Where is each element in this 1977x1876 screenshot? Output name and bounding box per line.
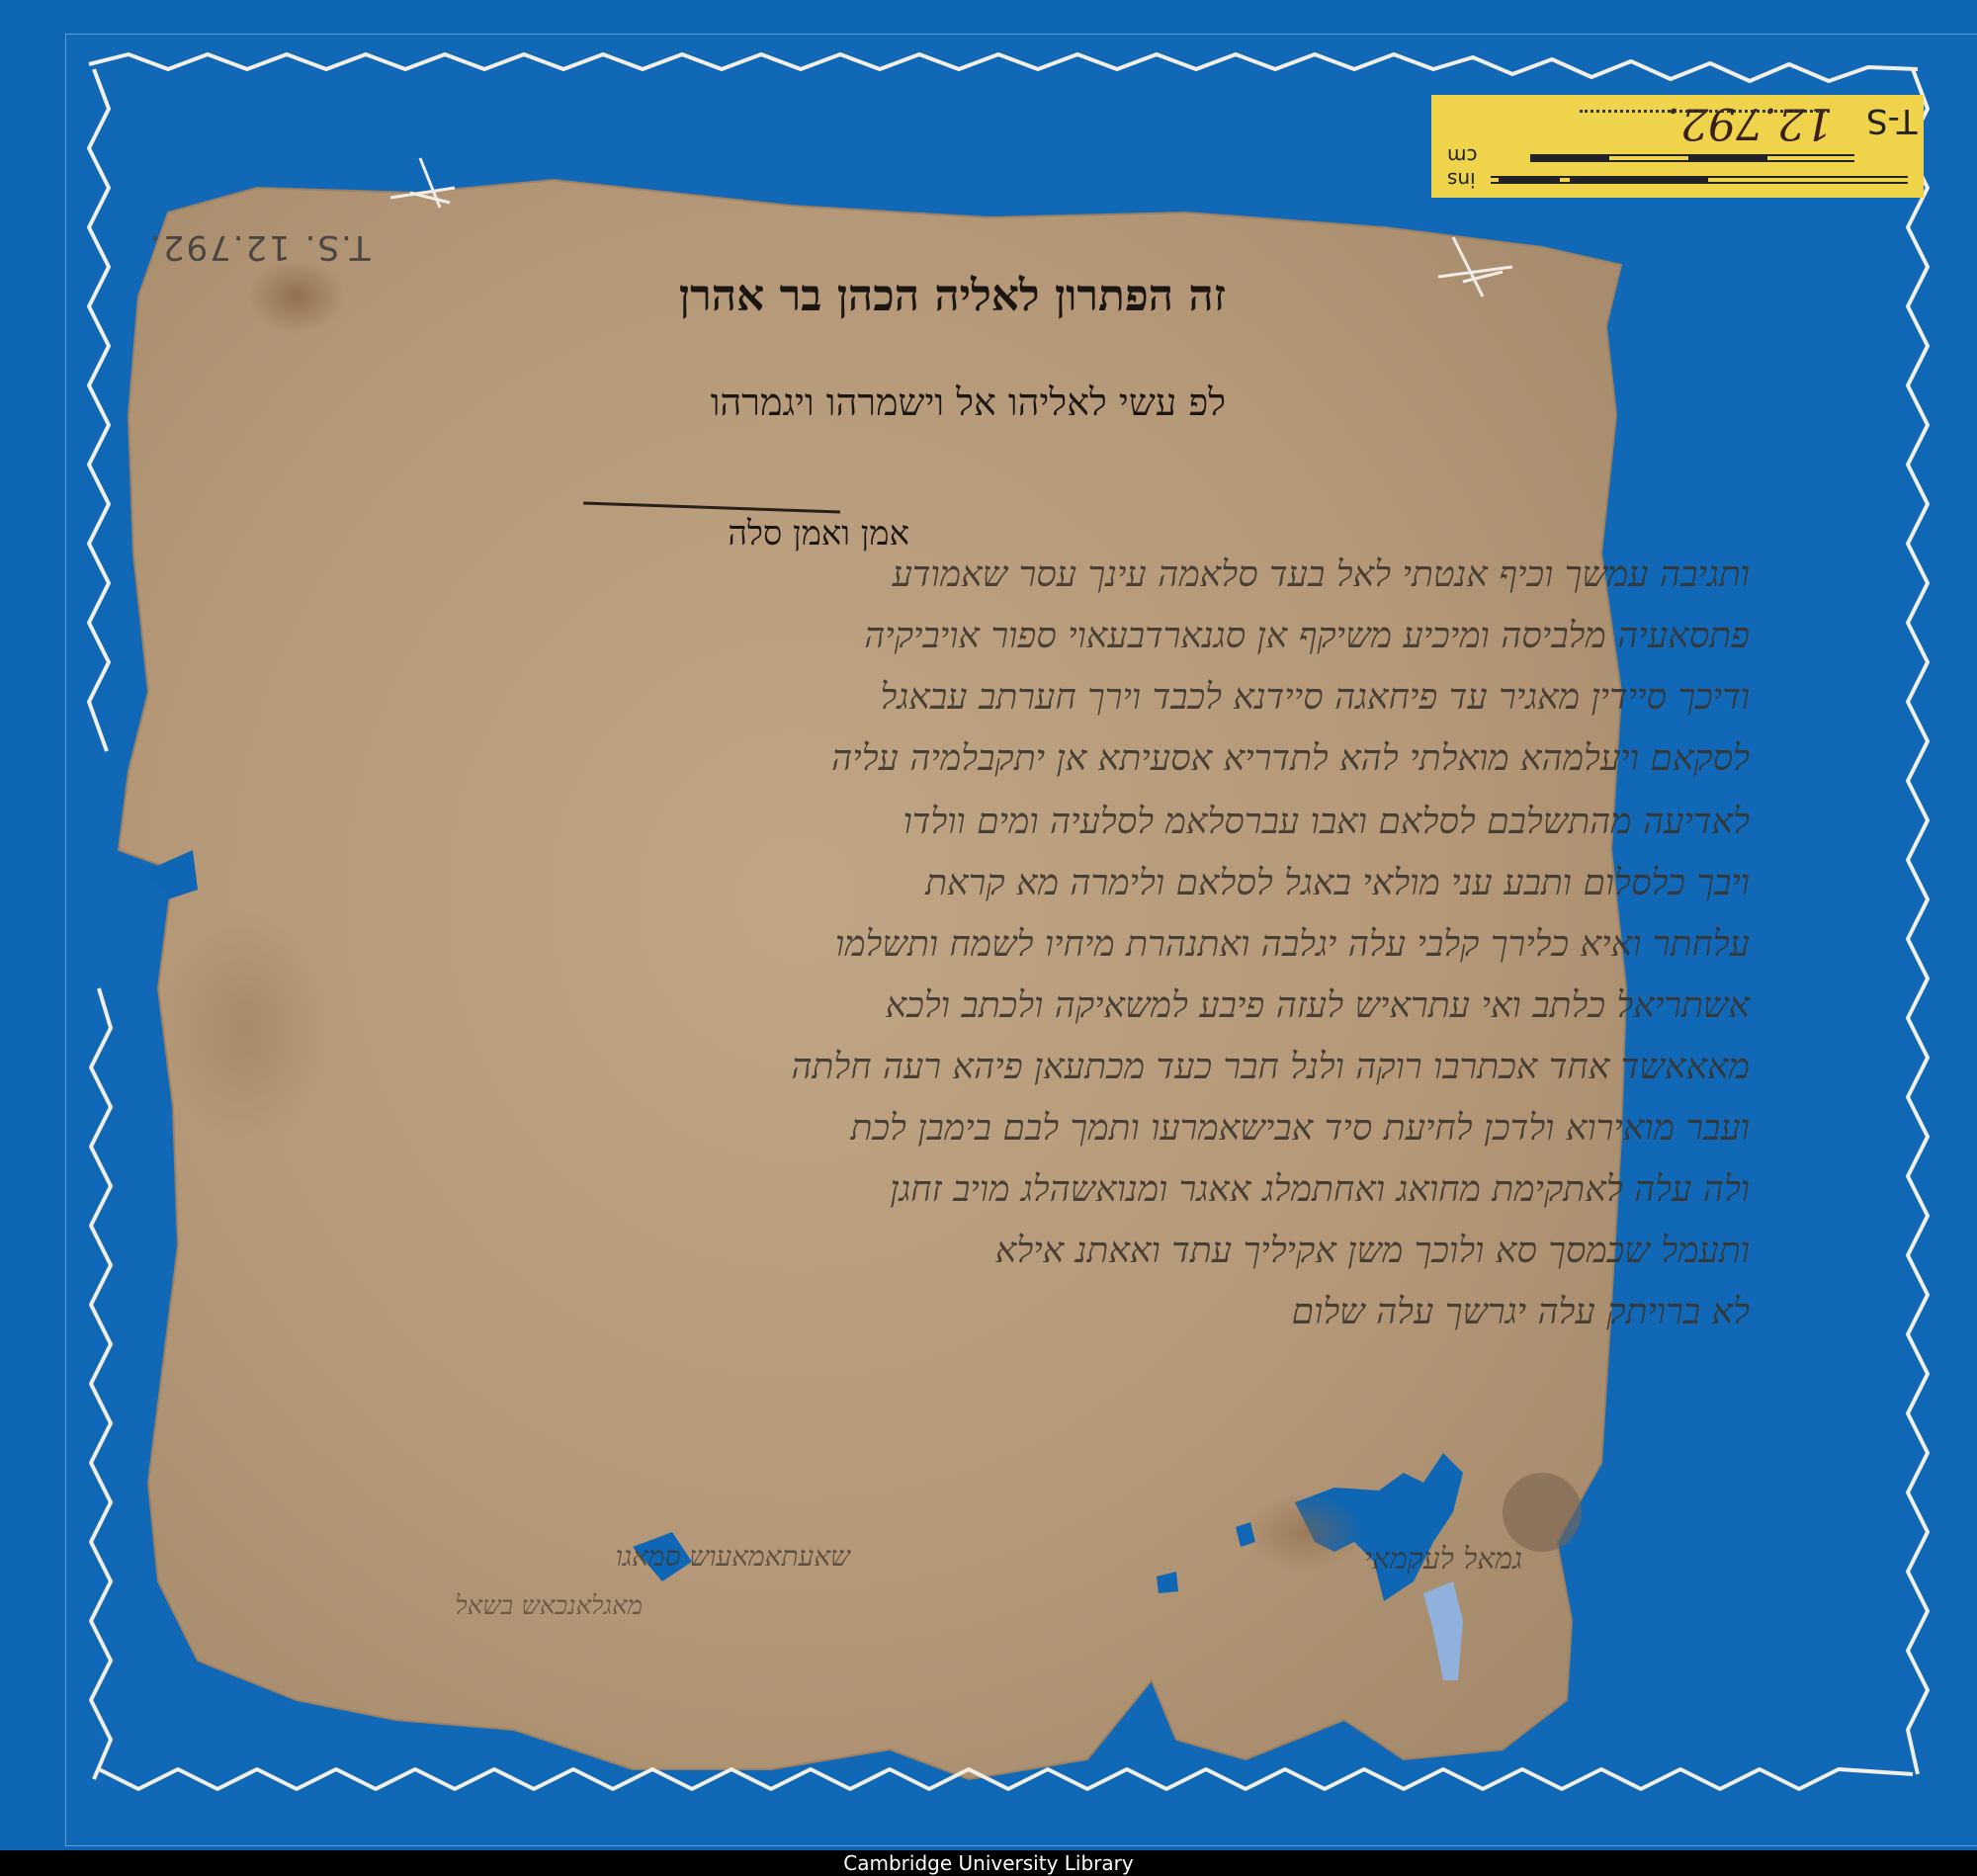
body-line: לא ברויתק עלה יגרשך עלה שלום bbox=[1292, 1291, 1750, 1332]
body-line: ודיכך סיידין מאגיר עד פיחאגה סיידנא לכבד… bbox=[881, 676, 1751, 718]
body-line: ותעמל שכמסך סא ולוכך משן אקיליך עתד ואאת… bbox=[995, 1230, 1750, 1271]
shelfmark-label: ins cm T-S 12.792. bbox=[1431, 95, 1924, 198]
body-line: ועבר מואירוא ולדכן לחיעת סיד אבישאמרעו ו… bbox=[851, 1107, 1751, 1149]
heading-line-2: לפ עשי לאליהו אל וישמרהו ויגמרהו bbox=[711, 381, 1226, 425]
lower-note: מאגלאנכאש בשאל bbox=[455, 1591, 643, 1621]
body-line: לאדיעה מהתשלבם לסלאם ואבו עברסלאמ לסלעיה… bbox=[903, 801, 1750, 842]
body-line: ולה עלה לאתקימת מחואג ואחתמלג אאגר ומנוא… bbox=[890, 1168, 1750, 1210]
lower-note: שאעתאמאעוש סמאגו bbox=[616, 1540, 850, 1574]
label-dotted-line bbox=[1580, 110, 1830, 113]
footer-credit: Cambridge University Library bbox=[0, 1850, 1977, 1876]
scale-unit-cm: cm bbox=[1447, 144, 1477, 168]
body-line: ויבך כלסלום ותבע עני מולאי באגל לסלאם ול… bbox=[925, 862, 1750, 903]
body-line: עלחתר ואיא כלירך קלבי עלה יגלבה ואתנהרת … bbox=[835, 923, 1750, 965]
label-prefix: T-S bbox=[1866, 101, 1918, 140]
heading-line-1: זה הפתרון לאליה הכהן בר אהרן bbox=[679, 271, 1226, 321]
heading-line-3: אמן ואמן סלה bbox=[728, 514, 909, 554]
body-line: אשתריאל כלתב ואי עתראיש לעזה פיבע למשאיק… bbox=[886, 984, 1750, 1026]
lower-note: גמאל לעקמאי bbox=[1364, 1542, 1522, 1577]
body-line: ותגיבה עמשך וכיף אנטתי לאל בעד סלאמה עינ… bbox=[893, 554, 1750, 595]
label-number: 12.792. bbox=[1667, 98, 1833, 148]
scale-unit-ins: ins bbox=[1447, 168, 1476, 192]
body-line: פתסאעיה מלביסה ומיכיע משיקף אן סגנארדבעא… bbox=[864, 615, 1750, 656]
pencil-shelfmark: T.S. 12.792. bbox=[148, 227, 371, 267]
body-line: לסקאם ויעלמהא מואלתי להא לתדריא אסעיתא א… bbox=[831, 737, 1750, 779]
body-line: מאאאשד אחד אכתרבו רוקה ולנל חבר כעד מכתע… bbox=[791, 1046, 1750, 1087]
